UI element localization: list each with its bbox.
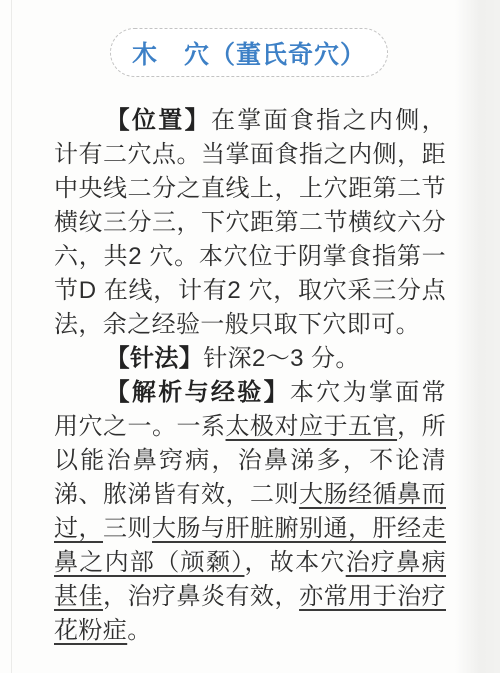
text-segment: 在掌面食指之内侧，计有二穴点。当掌面食指之内侧，距中央线二分之直线上，上穴距第二… — [54, 107, 446, 338]
article-page: 木 穴（董氏奇穴） 【位置】在掌面食指之内侧，计有二穴点。当掌面食指之内侧，距中… — [0, 0, 500, 673]
section-label: 【位置】 — [106, 107, 211, 134]
page-title: 木 穴（董氏奇穴） — [132, 35, 366, 71]
text-segment: ，故本穴 — [244, 549, 345, 576]
section-label: 【针法】 — [106, 345, 204, 372]
paragraph: 【位置】在掌面食指之内侧，计有二穴点。当掌面食指之内侧，距中央线二分之直线上，上… — [54, 104, 446, 342]
text-segment: 。 — [127, 617, 151, 644]
section-label: 【解析与经验】 — [106, 379, 290, 406]
page-edge-line — [11, 0, 12, 673]
article-body: 【位置】在掌面食指之内侧，计有二穴点。当掌面食指之内侧，距中央线二分之直线上，上… — [54, 104, 446, 648]
text-segment: 三则 — [103, 515, 152, 542]
title-pill: 木 穴（董氏奇穴） — [110, 28, 388, 77]
page-edge-shadow — [455, 0, 500, 673]
text-segment: 针深2～3 分。 — [203, 345, 360, 372]
paragraph: 【解析与经验】本穴为掌面常用穴之一。一系太极对应于五官，所以能治鼻窍病，治鼻涕多… — [54, 376, 446, 648]
paragraph: 【针法】针深2～3 分。 — [54, 342, 446, 376]
text-segment: ，治疗鼻炎有效， — [103, 583, 299, 610]
underlined-text: 太极对应于五官 — [226, 413, 398, 440]
